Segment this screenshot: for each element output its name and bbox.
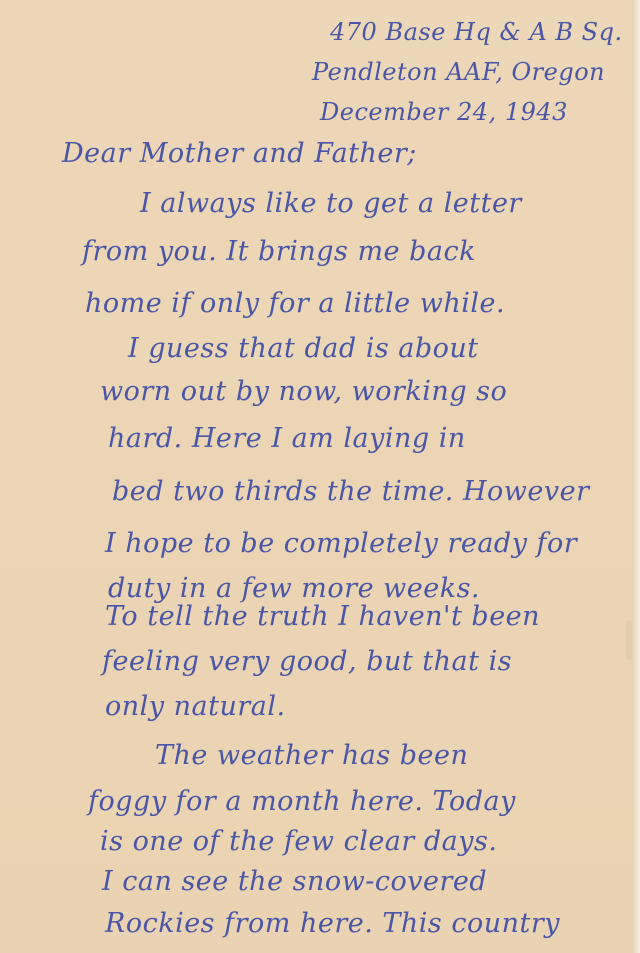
salutation: Dear Mother and Father;: [62, 140, 417, 167]
body-line: is one of the few clear days.: [100, 828, 497, 855]
body-line: I hope to be completely ready for: [105, 530, 577, 557]
body-line: feeling very good, but that is: [102, 648, 512, 675]
body-line: I can see the snow-covered: [102, 868, 487, 895]
body-line: home if only for a little while.: [85, 290, 505, 317]
letter-date: December 24, 1943: [320, 100, 568, 124]
body-line: foggy for a month here. Today: [88, 788, 516, 815]
body-line: hard. Here I am laying in: [108, 425, 466, 452]
body-line: Rockies from here. This country: [105, 910, 560, 937]
address-line-1: 470 Base Hq & A B Sq.: [330, 20, 623, 44]
paper-edge: [632, 0, 640, 953]
body-line: from you. It brings me back: [82, 238, 476, 265]
body-line: duty in a few more weeks.: [108, 575, 480, 602]
body-line: To tell the truth I haven't been: [105, 603, 540, 630]
body-line: only natural.: [105, 693, 286, 720]
body-line: bed two thirds the time. However: [112, 478, 590, 505]
body-line: The weather has been: [155, 742, 468, 769]
body-line: worn out by now, working so: [100, 378, 507, 405]
address-line-2: Pendleton AAF, Oregon: [312, 60, 605, 84]
letter-page: 470 Base Hq & A B Sq. Pendleton AAF, Ore…: [0, 0, 640, 953]
body-line: I guess that dad is about: [128, 335, 479, 362]
body-line: I always like to get a letter: [140, 190, 522, 217]
paper-crease: [626, 620, 632, 660]
